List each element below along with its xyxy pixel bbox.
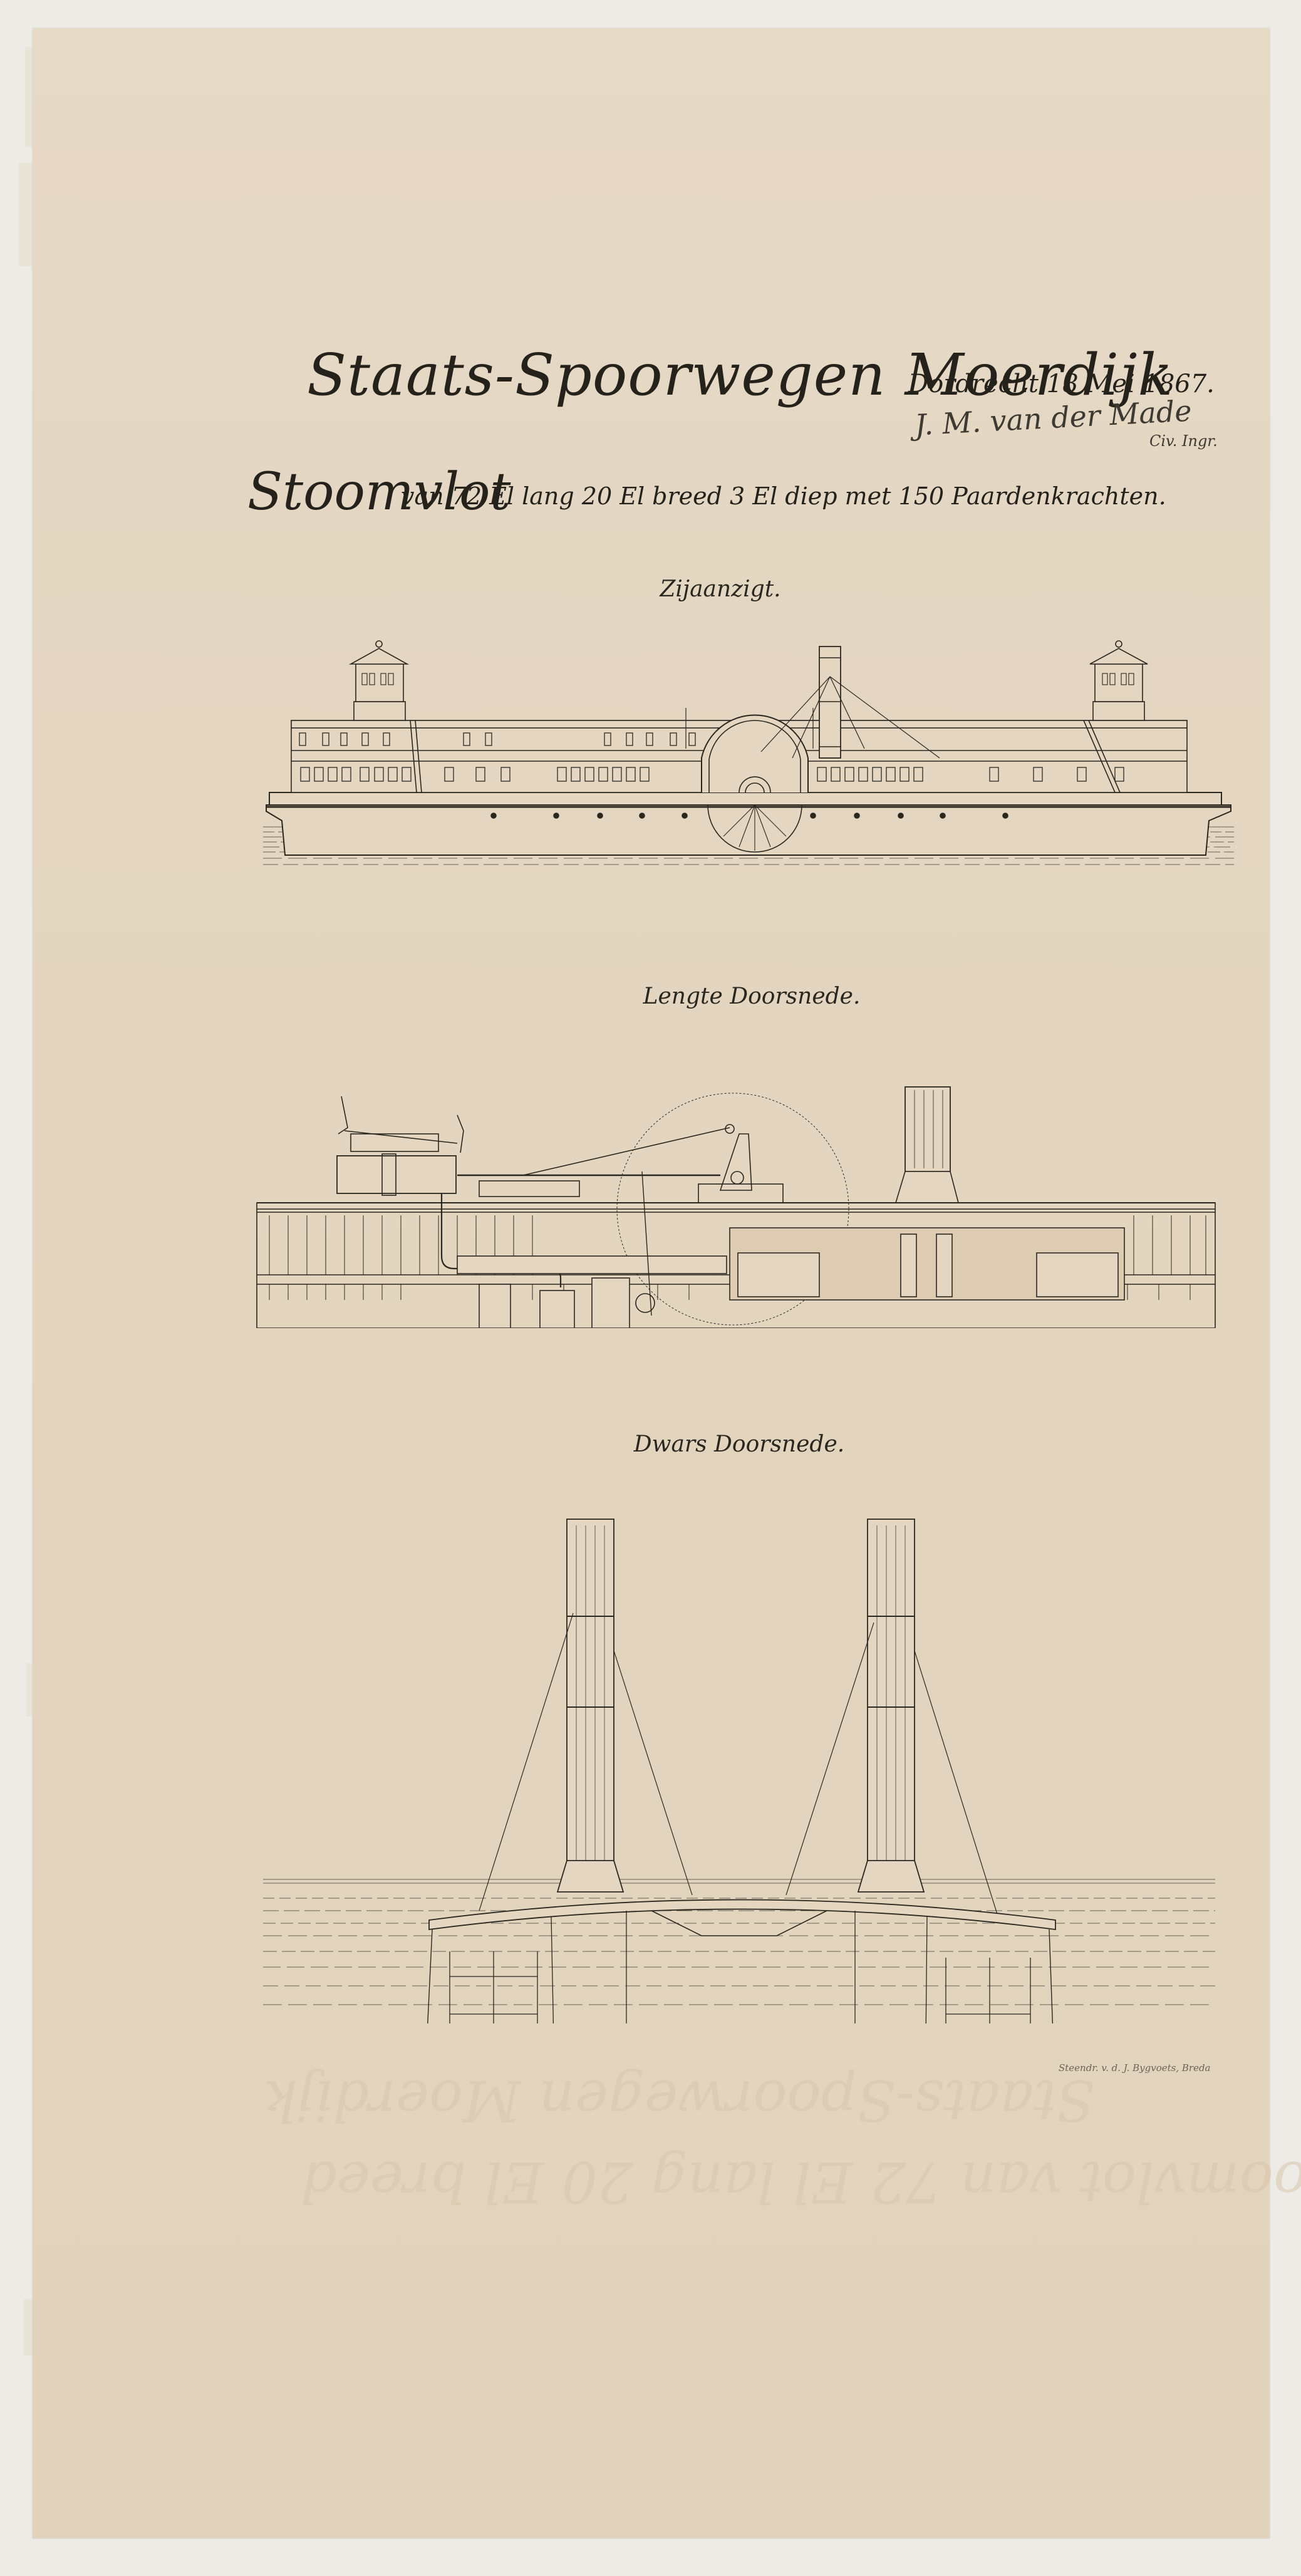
tape-strip-upper	[19, 163, 34, 266]
side-view-label: Zijaanzigt.	[660, 576, 780, 602]
longitudinal-view-label: Lengte Doorsnede.	[643, 984, 861, 1009]
bleed-through-line-1: Staats-Spoorwegen Moerdijk	[263, 2067, 1095, 2133]
longitudinal-section-drawing	[251, 1052, 1221, 1328]
side-elevation-drawing	[263, 639, 1234, 877]
water-hatching	[263, 1879, 1215, 2005]
place-date: Dordrecht 18 Mei 1867.	[908, 370, 1215, 398]
printer-mark: Steendr. v. d. J. Bygvoets, Breda	[1059, 2062, 1211, 2074]
bleed-through-line-2: Stoomvlot van 72 El lang 20 El breed	[301, 2149, 1301, 2215]
cross-section-drawing	[251, 1491, 1221, 2023]
cross-view-label: Dwars Doorsnede.	[634, 1431, 844, 1457]
vessel-specification: van 72 El lang 20 El breed 3 El diep met…	[401, 482, 1166, 510]
engineer-title: Civ. Ingr.	[1149, 432, 1218, 450]
